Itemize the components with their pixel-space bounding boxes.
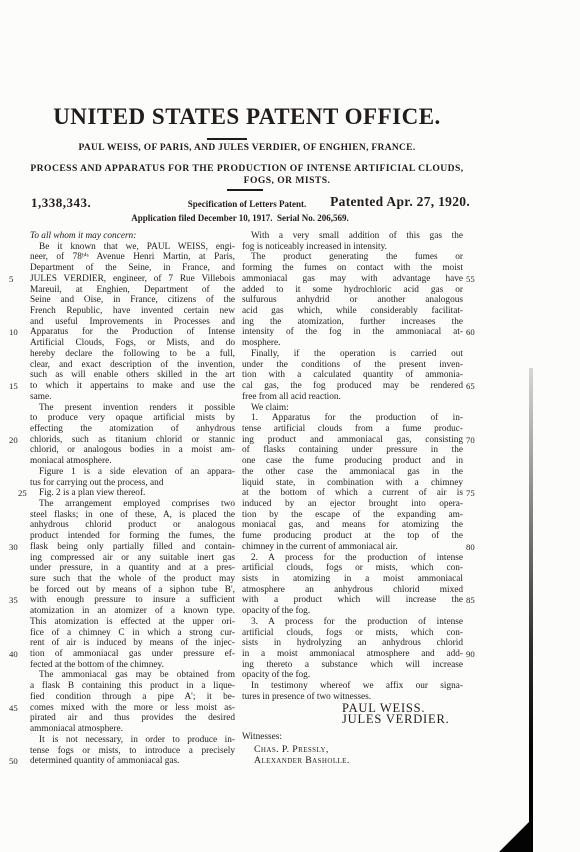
text-line: It is not necessary, in order to produce… [30,735,235,746]
text-line: liquid state, in combination with a chim… [242,478,463,489]
text-line: Department of the Seine, in France, and [30,263,235,274]
witness-name: Alexander Basholle. [242,755,463,767]
text-line: moniacal atmosphere. [30,456,235,467]
text-line: tense fogs or mists, to introduce a prec… [30,746,235,757]
text-line: We claim: [242,403,463,414]
text-line: To all whom it may concern: [30,231,235,242]
text-line: tures in presence of two witnesses. [242,692,463,703]
text-line: of flasks containing under pressure in t… [242,445,463,456]
text-line: and useful Improvements in Processes and [30,317,235,328]
text-line: The arrangement employed comprises two [30,499,235,510]
line-number: 85 [466,595,486,606]
line-number: 90 [466,649,486,660]
text-line: The present invention renders it possibl… [30,403,235,414]
text-line: moniacal gas, and means for atomizing th… [242,520,463,531]
text-line: chlorid, or analogous bodies in a moist … [30,445,235,456]
text-line: forming the fumes on contact with the mo… [242,263,463,274]
text-line: 2. A process for the production of inten… [242,553,463,564]
signature-block: PAUL WEISS. JULES VERDIER. [242,703,463,727]
line-number: 60 [466,327,486,338]
text-line: fog is noticeably increased in intensity… [242,242,463,253]
text-line: such as will enable others skilled in th… [30,370,235,381]
text-line: under the conditions of the present inve… [242,360,463,371]
text-line: under pressure, in a quantity and at a p… [30,563,235,574]
text-line: fected at the bottom of the chimney. [30,660,235,671]
page-edge-artifact [529,368,533,852]
line-number: 20 [9,435,25,446]
text-line: intensity of the fog in the ammoniacal a… [242,327,463,338]
text-line: The product generating the fumes or [242,252,463,263]
text-line: Seine and Oise, in France, citizens of t… [30,295,235,306]
text-line: flask being only partially filled and co… [30,542,235,553]
patent-title-line2: FOGS, OR MISTS. [68,175,506,186]
text-line: opacity of the fog. [242,670,463,681]
text-line: clear, and exact description of the inve… [30,360,235,371]
text-line: ing compressed air or any suitable inert… [30,553,235,564]
text-line: product intended for forming the fumes, … [30,531,235,542]
text-line: effecting the atomization of anhydrous [30,424,235,435]
line-number: 80 [466,542,486,553]
text-line: sure such that the whole of the product … [30,574,235,585]
text-line: pirated air and thus provides the desire… [30,713,235,724]
text-line: induced by an ejector brought into opera… [242,499,463,510]
text-line: at the bottom of which a current of air … [242,488,463,499]
text-line: tion with a calculated quantity of ammon… [242,370,463,381]
text-line: tense artificial clouds from a fume prod… [242,424,463,435]
text-line: opacity of the fog. [242,606,463,617]
text-line: mosphere. [242,338,463,349]
inventors-line: PAUL WEISS, OF PARIS, AND JULES VERDIER,… [28,143,466,153]
patent-page: UNITED STATES PATENT OFFICE. PAUL WEISS,… [0,0,580,852]
text-line: acid gas which, while considerably facil… [242,306,463,317]
text-line: added to it some hydrochloric acid gas o… [242,285,463,296]
line-number: 75 [466,488,486,499]
line-number: 5 [9,274,25,285]
text-line: The ammoniacal gas may be obtained from [30,670,235,681]
text-line: With a very small addition of this gas t… [242,231,463,242]
patented-date: Patented Apr. 27, 1920. [330,194,470,210]
text-line: chimney in the current of ammoniacal air… [242,542,463,553]
text-line: 3. A process for the production of inten… [242,617,463,628]
text-line: ammoniacal atmosphere. [30,724,235,735]
line-number: 25 [9,488,25,499]
text-line: with a product which will increase the85 [242,595,463,606]
text-line: sulfurous anhydrid or another analogous [242,295,463,306]
patent-title-line1: PROCESS AND APPARATUS FOR THE PRODUCTION… [28,163,466,174]
text-line: a flask B containing this product in a l… [30,681,235,692]
line-number: 50 [9,756,25,767]
text-line: Fig. 2 is a plan view thereof.25 [30,488,235,499]
line-number: 35 [9,595,25,606]
text-line: This atomization is effected at the uppe… [30,617,235,628]
text-line: anhydrous chlorid product or analogous [30,520,235,531]
text-line: steel flasks; in one of these, A, is pla… [30,510,235,521]
text-line: Finally, if the operation is carried out [242,349,463,360]
text-line: the other case the ammoniacal gas in the [242,467,463,478]
text-line: cal gas, the fog produced may be rendere… [242,381,463,392]
text-line: atomization in an atomizer of a known ty… [30,606,235,617]
text-line: with enough pressure to insure a suffici… [30,595,235,606]
text-line: free from all acid reaction. [242,392,463,403]
text-line: chlorids, such as titanium chlorid or st… [30,435,235,446]
text-line: In testimony whereof we affix our signa- [242,681,463,692]
line-number: 55 [466,274,486,285]
text-line: rent of air is induced by means of the i… [30,638,235,649]
text-line: Figure 1 is a side elevation of an appar… [30,467,235,478]
text-line: Be it known that we, PAUL WEISS, engi- [30,242,235,253]
text-line: ing thereto a substance which will incre… [242,660,463,671]
patent-office-title: UNITED STATES PATENT OFFICE. [28,104,466,130]
left-column: To all whom it may concern:Be it known t… [30,231,235,767]
text-line: to which it appertains to make and use t… [30,381,235,392]
text-line: fice of a chimney C in which a strong cu… [30,628,235,639]
text-line: same. [30,392,235,403]
text-line: neer, of 78ᵇⁱˢ Avenue Henri Martin, at P… [30,252,235,263]
right-column: With a very small addition of this gas t… [242,231,463,767]
line-number: 70 [466,435,486,446]
signature-name: JULES VERDIER. [342,714,463,726]
text-line: hereby declare the following to be a ful… [30,349,235,360]
text-line: JULES VERDIER, engineer, of 7 Rue Villeb… [30,274,235,285]
divider-rule [207,138,247,140]
text-line: ing the atomization, further increases t… [242,317,463,328]
page-corner-artifact [499,818,533,852]
witness-name: Chas. P. Pressly, [242,744,463,756]
text-line: Artificial Clouds, Fogs, or Mists, and d… [30,338,235,349]
divider-rule [227,189,263,191]
text-line: artificial clouds, fogs or mists, which … [242,563,463,574]
text-line: tion of ammoniacal gas under pressure ef… [30,649,235,660]
text-line: Mareuil, at Enghien, Department of the [30,285,235,296]
text-line: determined quantity of ammoniacal gas.50 [30,756,235,767]
text-line: tus for carrying out the process, and [30,478,235,489]
text-line: atmosphere an anhydrous chlorid mixed [242,585,463,596]
text-line: fied condition through a pipe A'; it be- [30,692,235,703]
text-line: French Republic, have invented certain n… [30,306,235,317]
text-line: be forced out by means of a siphon tube … [30,585,235,596]
text-line: ammoniacal gas may with advantage have55 [242,274,463,285]
right-column-lines: With a very small addition of this gas t… [242,231,463,703]
text-line: Apparatus for the Production of Intense1… [30,327,235,338]
text-line: in a moist ammoniacal atmosphere and add… [242,649,463,660]
line-number: 65 [466,381,486,392]
witnesses-label: Witnesses: [242,732,463,744]
text-line: to produce very opaque artificial mists … [30,413,235,424]
text-line: ing product and ammoniacal gas, consisti… [242,435,463,446]
text-line: 1. Apparatus for the production of in- [242,413,463,424]
witnesses-block: Witnesses: Chas. P. Pressly, Alexander B… [242,732,463,767]
line-number: 40 [9,649,25,660]
text-line: sists in hydrolyzing an anhydrous chlori… [242,638,463,649]
text-line: fume producing product at the top of the [242,531,463,542]
text-line: sists in atomizing in a moist ammoniacal [242,574,463,585]
text-line: artificial clouds, fogs or mists, which … [242,628,463,639]
application-filing-line: Application filed December 10, 1917. Ser… [28,213,452,223]
line-number: 30 [9,542,25,553]
line-number: 10 [9,327,25,338]
line-number: 45 [9,703,25,714]
text-line: one case the fume producing product and … [242,456,463,467]
line-number: 15 [9,381,25,392]
text-line: comes mixed with the more or less moist … [30,703,235,714]
text-line: tion by the escape of the expanding am- [242,510,463,521]
